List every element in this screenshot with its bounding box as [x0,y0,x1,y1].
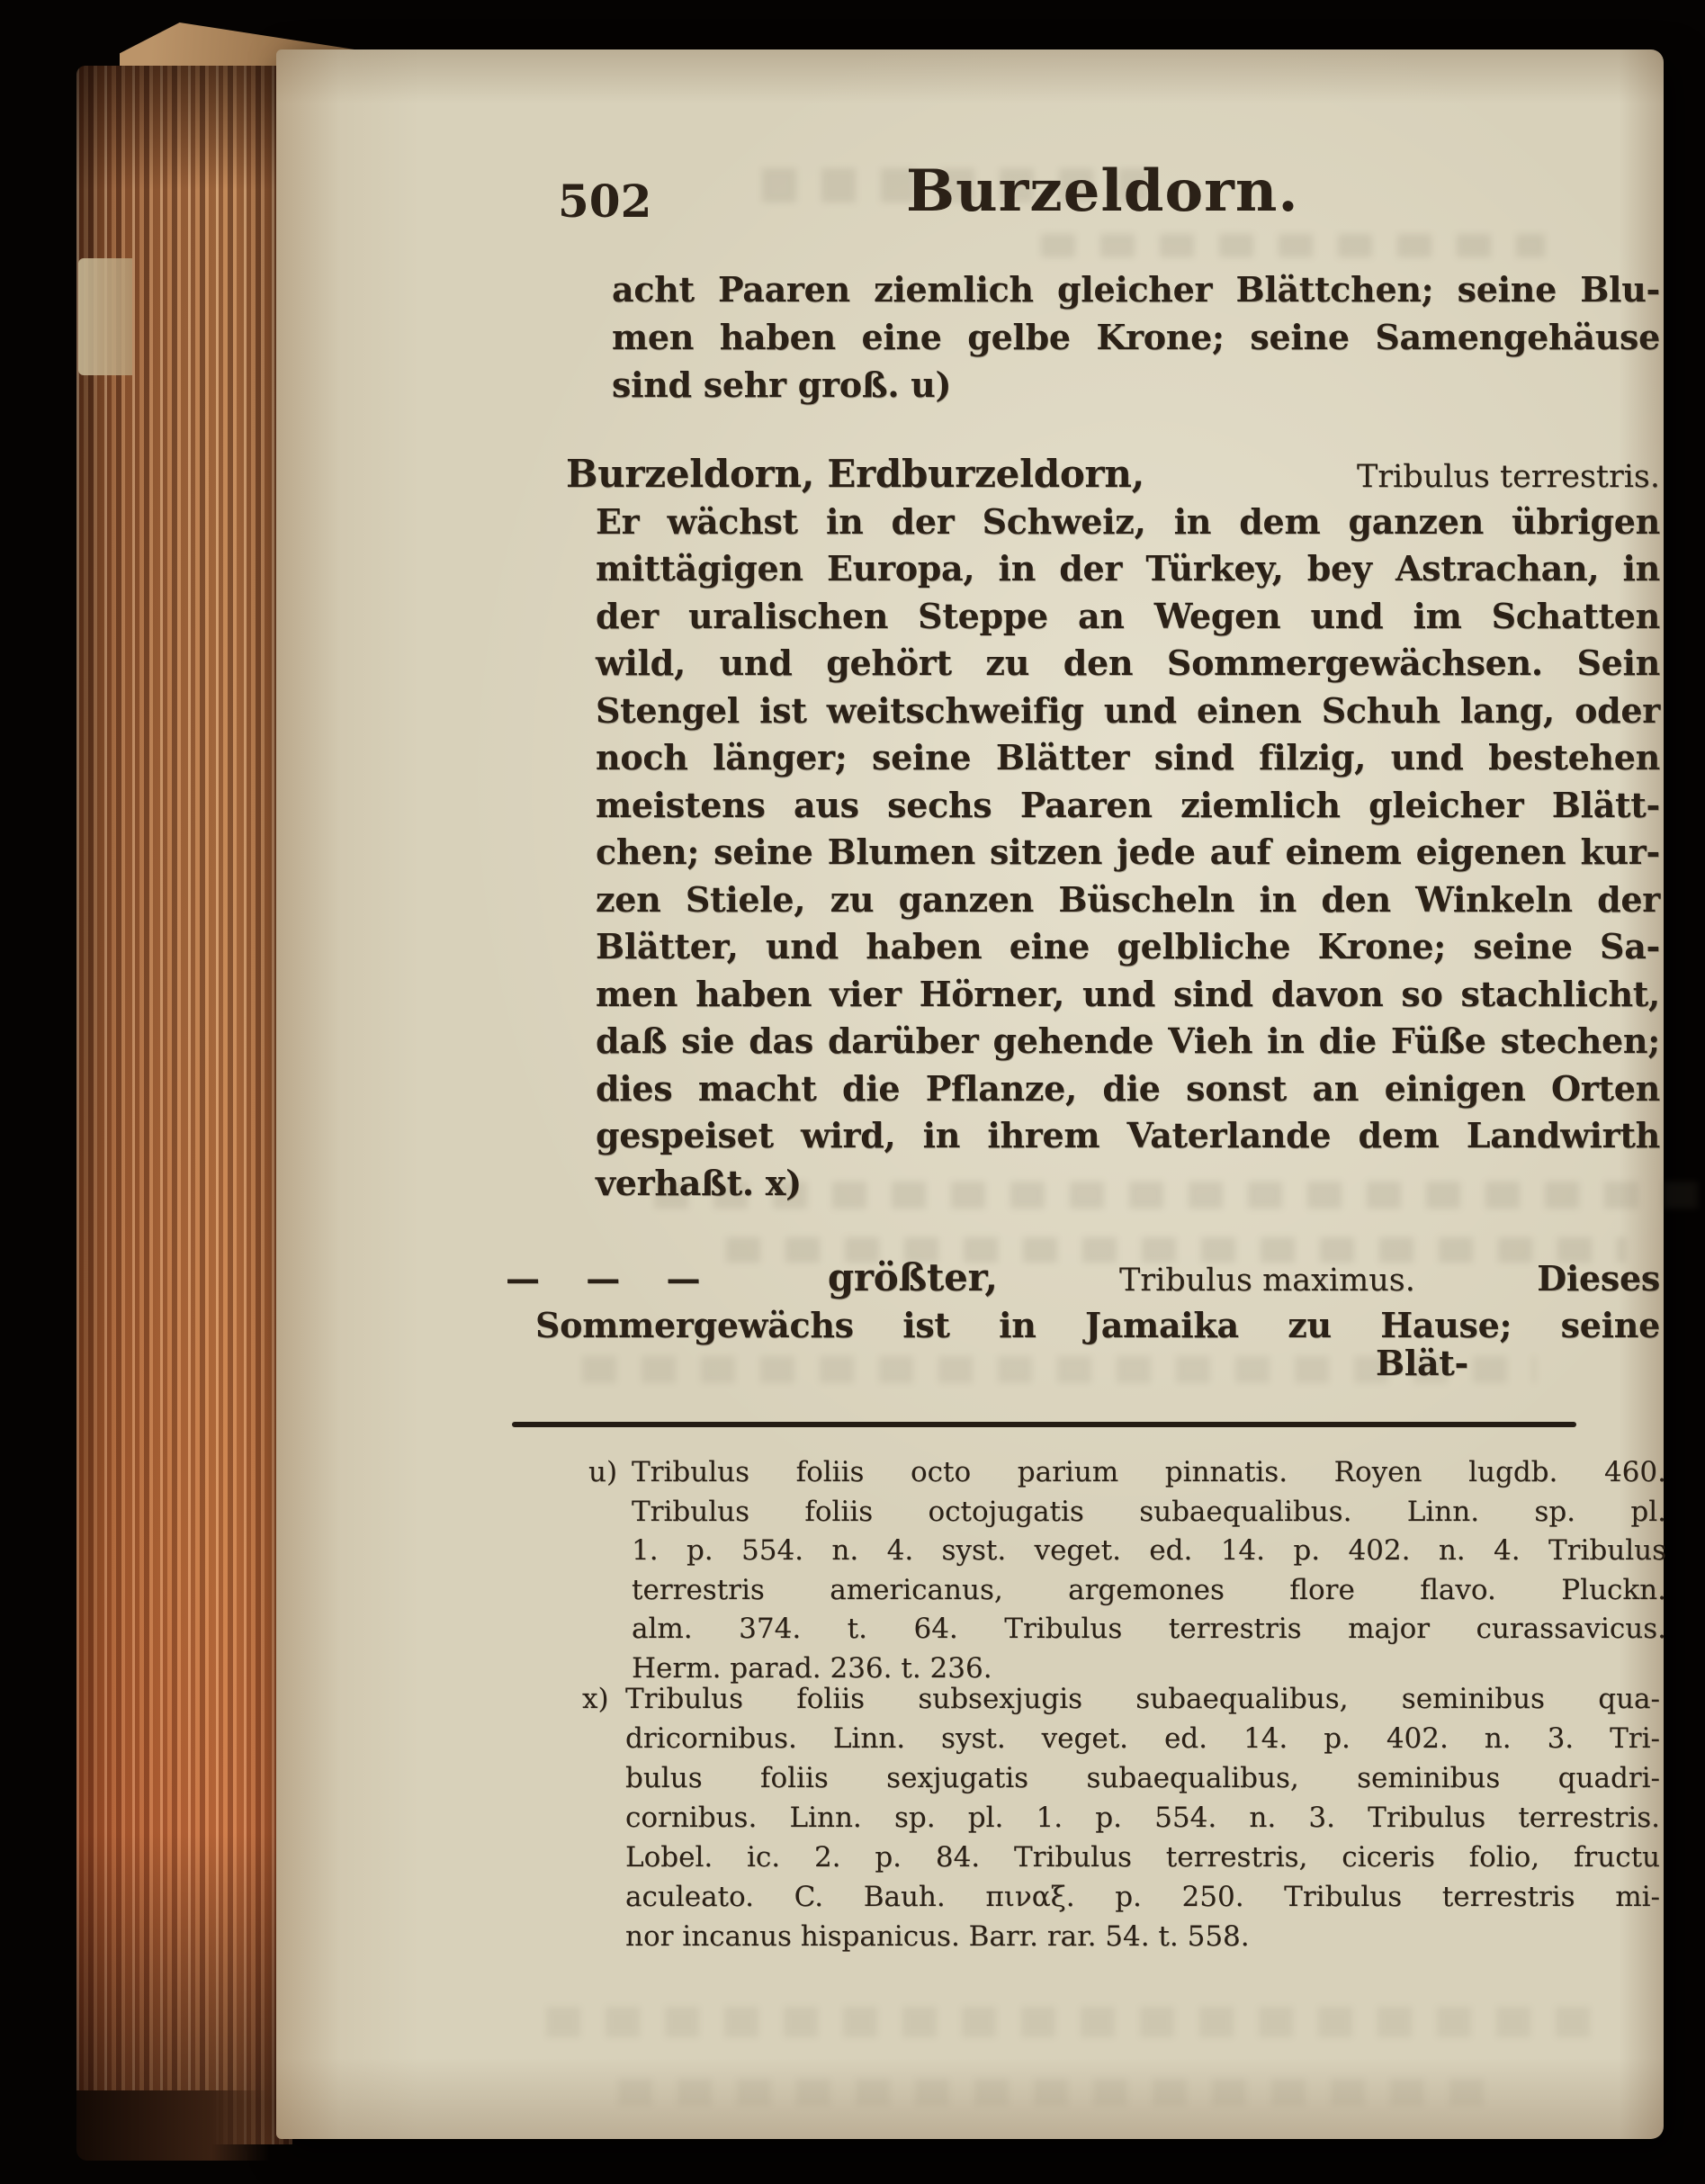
ink-bleedthrough-smudge [618,2079,1500,2106]
book-cover-board [76,2090,270,2161]
text-line: Lobel. ic. 2. p. 84. Tribulus terrestris… [625,1838,1660,1877]
ink-bleedthrough-smudge [546,2007,1590,2037]
catchword: Blät- [1376,1343,1468,1383]
footnote-x: x) Tribulus foliis subsexjugis subaequal… [625,1679,1660,1956]
text-line: noch länger; seine Blätter sind filzig, … [596,734,1660,782]
text-line: der uralischen Steppe an Wegen und im Sc… [596,593,1660,641]
text-line: 1. p. 554. n. 4. syst. veget. ed. 14. p.… [632,1532,1666,1571]
text-line: men haben vier Hörner, und sind davon so… [596,971,1660,1019]
text-line: Stengel ist weitschweifig und einen Schu… [596,688,1660,735]
text-line: terrestris americanus, argemones flore f… [632,1571,1666,1611]
text-line: alm. 374. t. 64. Tribulus terrestris maj… [632,1610,1666,1649]
text-line: nor incanus hispanicus. Barr. rar. 54. t… [625,1917,1660,1956]
running-header: Burzeldorn. [906,157,1299,225]
text-line: mittägigen Europa, in der Türkey, bey As… [596,545,1660,593]
book-page: 502 Burzeldorn. acht Paaren ziemlich gle… [276,49,1664,2139]
text-line: Tribulus foliis octojugatis subaequalibu… [632,1493,1666,1532]
sub-entry-headline: — — — größter, Tribulus maximus. Dieses [506,1253,1660,1300]
sub-entry-headword: größter, [828,1253,998,1303]
text-line: Tribulus foliis subsexjugis subaequalibu… [625,1679,1660,1719]
entry-body: Er wächst in der Schweiz, in dem ganzen … [596,499,1660,1208]
protruding-page-edge [78,258,132,375]
text-line: wild, und gehört zu den Sommergewächsen.… [596,640,1660,688]
text-line: gespeiset wird, in ihrem Vaterlande dem … [596,1112,1660,1160]
text-line: Sommergewächs ist in Jamaika zu Hause; s… [535,1300,1660,1351]
text-line: Er wächst in der Schweiz, in dem ganzen … [596,499,1660,546]
footnote-label: x) [582,1679,609,1719]
footnote-u: u) Tribulus foliis octo parium pinnatis.… [632,1453,1666,1688]
footnote-text: Tribulus foliis subsexjugis subaequalibu… [625,1679,1660,1956]
text-line: daß sie das darüber gehende Vieh in die … [596,1018,1660,1065]
entry-headword: Burzeldorn, Erdburzeldorn, [566,451,1144,499]
ink-bleedthrough-smudge [1041,234,1545,257]
text-line: cornibus. Linn. sp. pl. 1. p. 554. n. 3.… [625,1798,1660,1838]
text-line: dies macht die Pflanze, die sonst an ein… [596,1065,1660,1113]
footnote-separator-rule [512,1422,1576,1427]
text-line: sind sehr groß. u) [612,361,1660,409]
text-line: chen; seine Blumen sitzen jede auf einem… [596,829,1660,876]
text-line: zen Stiele, zu ganzen Büscheln in den Wi… [596,876,1660,924]
sub-entry-first-word: Dieses [1537,1254,1660,1304]
book-scan: 502 Burzeldorn. acht Paaren ziemlich gle… [0,0,1705,2184]
text-line: Blätter, und haben eine gelbliche Krone;… [596,923,1660,971]
book: 502 Burzeldorn. acht Paaren ziemlich gle… [76,22,1660,2160]
text-line: dricornibus. Linn. syst. veget. ed. 14. … [625,1719,1660,1758]
intro-paragraph: acht Paaren ziemlich gleicher Blättchen;… [612,265,1660,409]
sub-entry-groesster: — — — größter, Tribulus maximus. Dieses … [506,1253,1660,1351]
text-line: aculeato. C. Bauh. πιναξ. p. 250. Tribul… [625,1877,1660,1917]
entry-burzeldorn: Burzeldorn, Erdburzeldorn, Tribulus terr… [566,451,1660,1207]
dash-sequence: — — — [506,1254,705,1304]
entry-headline: Burzeldorn, Erdburzeldorn, Tribulus terr… [566,451,1660,499]
entry-latin-name: Tribulus terrestris. [1357,454,1660,501]
book-fore-edge-page-stack [76,66,292,2144]
footnote-label: u) [588,1453,617,1493]
sub-entry-latin-name: Tribulus maximus. [1119,1255,1415,1306]
text-line: acht Paaren ziemlich gleicher Blättchen;… [612,265,1660,313]
text-line: bulus foliis sexjugatis subaequalibus, s… [625,1758,1660,1798]
text-line: Tribulus foliis octo parium pinnatis. Ro… [632,1453,1666,1493]
text-line: men haben eine gelbe Krone; seine Sameng… [612,313,1660,361]
text-line: meistens aus sechs Paaren ziemlich gleic… [596,782,1660,830]
sub-entry-body: Sommergewächs ist in Jamaika zu Hause; s… [535,1300,1660,1351]
footnote-text: Tribulus foliis octo parium pinnatis. Ro… [632,1453,1666,1688]
text-line: verhaßt. x) [596,1160,1660,1208]
page-number: 502 [558,175,651,228]
